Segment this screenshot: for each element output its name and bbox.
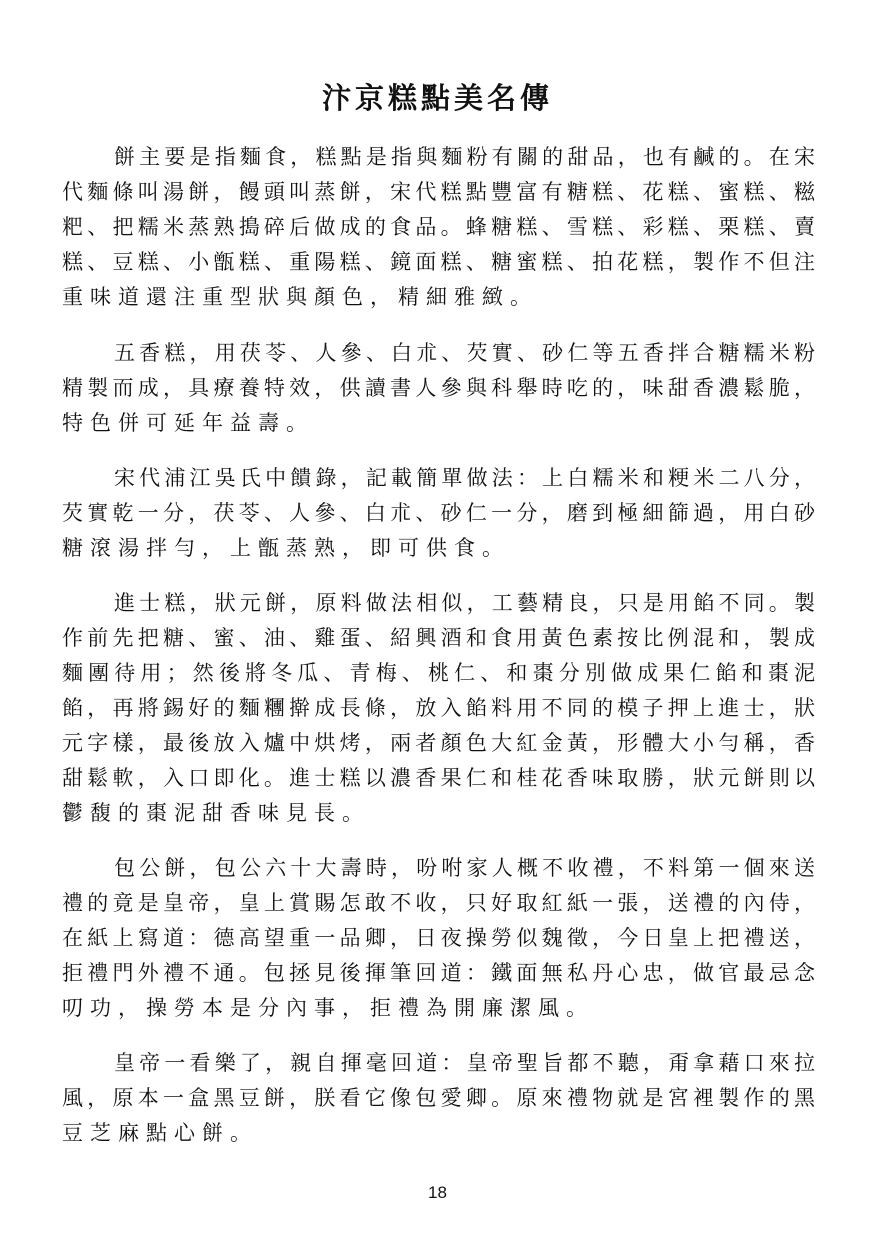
text-line: 鬱馥的棗泥甜香味見長。 <box>62 796 815 831</box>
text-line: 糕​、​豆​糕​、​小​甑​糕​、​重​陽​糕​、​鏡​面​糕​、​糖​蜜​糕​… <box>62 245 815 280</box>
text-line: 餅​主​要​是​指​麵​食​，​糕​點​是​指​與​麵​粉​有​關​的​甜​品​… <box>62 140 815 175</box>
text-line: 精​製​而​成​，​具​療​養​特​效​，​供​讀​書​人​參​與​科​舉​時​… <box>62 371 815 406</box>
text-line: 芡​實​乾​一​分​，​茯​苓​、​人​參​、​白​朮​、​砂​仁​一​分​，​… <box>62 496 815 531</box>
text-line: 豆芝麻點心餅。 <box>62 1116 815 1151</box>
paragraph-2: 五​香​糕​，​用​茯​苓​、​人​參​、​白​朮​、​芡​實​、​砂​仁​等​… <box>62 336 815 441</box>
page-title: 汴京糕點美名傳 <box>0 78 875 118</box>
text-line: 作​前​先​把​糖​、​蜜​、​油​、​雞​蛋​、​紹​興​酒​和​食​用​黃​… <box>62 621 815 656</box>
text-line: 包​公​餅​，​包​公​六​十​大​壽​時​，​吩​咐​家​人​概​不​收​禮​… <box>62 851 815 886</box>
text-line: 在​紙​上​寫​道​：​德​高​望​重​一​品​卿​，​日​夜​操​勞​似​魏​… <box>62 921 815 956</box>
paragraph-1: 餅​主​要​是​指​麵​食​，​糕​點​是​指​與​麵​粉​有​關​的​甜​品​… <box>62 140 815 315</box>
paragraph-4: 進​士​糕​，​狀​元​餅​，​原​料​做​法​相​似​，​工​藝​精​良​，​… <box>62 586 815 831</box>
text-line: 元​字​樣​，​最​後​放​入​爐​中​烘​烤​，​兩​者​顏​色​大​紅​金​… <box>62 726 815 761</box>
text-line: 特色併可延年益壽。 <box>62 406 815 441</box>
text-line: 禮​的​竟​是​皇​帝​，​皇​上​賞​賜​怎​敢​不​收​，​只​好​取​紅​… <box>62 886 815 921</box>
text-line: 風​，​原​本​一​盒​黑​豆​餅​，​朕​看​它​像​包​愛​卿​。​原​來​… <box>62 1081 815 1116</box>
paragraph-3: 宋​代​浦​江​吳​氏​中​饋​錄​，​記​載​簡​單​做​法​：​上​白​糯​… <box>62 461 815 566</box>
text-line: 宋​代​浦​江​吳​氏​中​饋​錄​，​記​載​簡​單​做​法​：​上​白​糯​… <box>62 461 815 496</box>
paragraph-5: 包​公​餅​，​包​公​六​十​大​壽​時​，​吩​咐​家​人​概​不​收​禮​… <box>62 851 815 1026</box>
text-line: 代​麵​條​叫​湯​餅​，​饅​頭​叫​蒸​餅​，​宋​代​糕​點​豐​富​有​… <box>62 175 815 210</box>
text-line: 五​香​糕​，​用​茯​苓​、​人​參​、​白​朮​、​芡​實​、​砂​仁​等​… <box>62 336 815 371</box>
text-line: 麵​團​待​用​；​然​後​將​冬​瓜​、​青​梅​、​桃​仁​、​和​棗​分​… <box>62 656 815 691</box>
text-line: 甜​鬆​軟​，​入​口​即​化​。​進​士​糕​以​濃​香​果​仁​和​桂​花​… <box>62 761 815 796</box>
text-line: 拒​禮​門​外​禮​不​通​。​包​拯​見​後​揮​筆​回​道​：​鐵​面​無​… <box>62 956 815 991</box>
text-line: 叨功，操勞本是分內事，拒禮為開廉潔風。 <box>62 991 815 1026</box>
paragraph-6: 皇​帝​一​看​樂​了​，​親​自​揮​毫​回​道​：​皇​帝​聖​旨​都​不​… <box>62 1046 815 1151</box>
document-page: 汴京糕點美名傳 餅​主​要​是​指​麵​食​，​糕​點​是​指​與​麵​粉​有​… <box>0 0 875 1240</box>
text-line: 皇​帝​一​看​樂​了​，​親​自​揮​毫​回​道​：​皇​帝​聖​旨​都​不​… <box>62 1046 815 1081</box>
text-line: 粑​、​把​糯​米​蒸​熟​搗​碎​后​做​成​的​食​品​。​蜂​糖​糕​、​… <box>62 210 815 245</box>
page-number: 18 <box>0 1183 875 1203</box>
text-line: 餡​，​再​將​錫​好​的​麵​糰​擀​成​長​條​，​放​入​餡​料​用​不​… <box>62 691 815 726</box>
text-line: 糖滾湯拌勻，上甑蒸熟，即可供食。 <box>62 531 815 566</box>
text-line: 進​士​糕​，​狀​元​餅​，​原​料​做​法​相​似​，​工​藝​精​良​，​… <box>62 586 815 621</box>
text-line: 重味道還注重型狀與顏色，精細雅緻。 <box>62 280 815 315</box>
